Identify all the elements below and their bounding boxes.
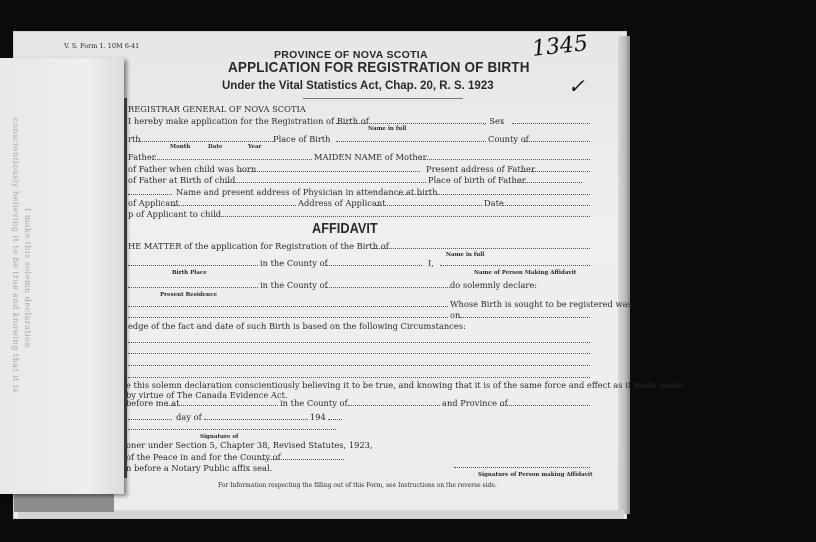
physician-field[interactable] bbox=[398, 193, 590, 195]
physician-field-lead[interactable] bbox=[128, 193, 172, 195]
father-field[interactable] bbox=[152, 158, 312, 160]
year-prefix-label: 194 bbox=[310, 412, 326, 422]
applicant-name-label: of Applicant bbox=[128, 198, 179, 208]
commissioner-signature-field[interactable] bbox=[128, 428, 336, 430]
circumstances-line-3[interactable] bbox=[128, 364, 590, 366]
circumstances-line-2[interactable] bbox=[128, 352, 590, 354]
sex-field[interactable] bbox=[512, 122, 590, 124]
applicant-address-label: Address of Applicant bbox=[298, 198, 386, 208]
declaration-text: e this solemn declaration conscientiousl… bbox=[126, 380, 684, 390]
child-name-field[interactable] bbox=[336, 122, 484, 124]
applicant-name-field[interactable] bbox=[172, 204, 296, 206]
mother-maiden-name-label: MAIDEN NAME of Mother bbox=[314, 152, 427, 162]
circumstances-line-1[interactable] bbox=[128, 341, 590, 343]
affiant-signature-label: Signature of Person making Affidavit bbox=[478, 470, 592, 480]
justice-text: of the Peace in and for the County of bbox=[126, 452, 281, 462]
affiant-i-label: I, bbox=[428, 258, 434, 268]
sex-label: , Sex bbox=[484, 116, 505, 126]
mother-maiden-name-field[interactable] bbox=[420, 158, 590, 160]
month-field[interactable] bbox=[204, 418, 308, 420]
relationship-field[interactable] bbox=[214, 215, 590, 217]
county-field[interactable] bbox=[524, 140, 590, 142]
application-date-label: Date bbox=[484, 198, 504, 208]
father-age-field[interactable] bbox=[240, 170, 420, 172]
declared-county-label: in the County of bbox=[280, 398, 348, 408]
affidavit-heading: AFFIDAVIT bbox=[312, 224, 378, 234]
year-label: Year bbox=[248, 142, 261, 152]
present-residence-label: Present Residence bbox=[160, 290, 217, 300]
father-birthplace-label: Place of birth of Father bbox=[428, 175, 526, 185]
folded-flap: I make this solemn declaration conscient… bbox=[0, 58, 124, 494]
flap-fold-edge bbox=[124, 98, 127, 478]
affidavit-child-name-field[interactable] bbox=[372, 247, 590, 249]
day-of-label: day of bbox=[176, 412, 202, 422]
place-of-birth-field[interactable] bbox=[336, 140, 486, 142]
footer-instructions: For Information respecting the filling o… bbox=[218, 481, 497, 491]
residence-county-label: in the County of bbox=[260, 280, 328, 290]
county-label: County of bbox=[488, 134, 529, 144]
addressee: REGISTRAR GENERAL OF NOVA SCOTIA bbox=[128, 104, 306, 114]
whose-birth-label: Whose Birth is sought to be registered w… bbox=[450, 299, 632, 309]
province-field[interactable] bbox=[500, 404, 590, 406]
affiant-signature-field[interactable] bbox=[454, 466, 590, 468]
flap-bleed-text-2: conscientiously believing it to be true … bbox=[11, 118, 20, 393]
relationship-statement-field[interactable] bbox=[128, 305, 448, 307]
birth-date-statement-field[interactable] bbox=[460, 316, 590, 318]
name-in-full-label: Name in full bbox=[368, 124, 406, 134]
title-rule bbox=[303, 98, 463, 99]
apply-label: I hereby make application for the Regist… bbox=[128, 116, 369, 126]
affiant-name-label: Name of Person Making Affidavit bbox=[474, 268, 576, 278]
day-field[interactable] bbox=[128, 418, 172, 420]
relationship-label: p of Applicant to child bbox=[128, 209, 221, 219]
father-label: Father bbox=[128, 152, 156, 162]
before-me-label: before me at bbox=[126, 398, 180, 408]
declared-at-field[interactable] bbox=[166, 404, 278, 406]
solemnly-declare-label: do solemnly declare: bbox=[450, 280, 537, 290]
form-number: V. S. Form 1. 10M 6-41 bbox=[64, 41, 139, 51]
birth-place-label: Birth Place bbox=[172, 268, 207, 278]
affidavit-name-in-full-label: Name in full bbox=[446, 250, 484, 260]
circumstances-line-4[interactable] bbox=[128, 376, 590, 378]
commissioner-text: oner under Section 5, Chapter 38, Revise… bbox=[126, 440, 373, 450]
birth-place-field[interactable] bbox=[128, 264, 258, 266]
birth-place-county-field[interactable] bbox=[326, 264, 422, 266]
father-address-label: Present address of Father bbox=[426, 164, 535, 174]
birth-place-county-label: in the County of bbox=[260, 258, 328, 268]
on-label: on bbox=[450, 310, 460, 320]
declared-county-field[interactable] bbox=[348, 404, 440, 406]
page-subtitle: Under the Vital Statistics Act, Chap. 20… bbox=[222, 81, 494, 91]
father-occupation-label: of Father at Birth of child bbox=[128, 175, 235, 185]
applicant-address-field[interactable] bbox=[376, 204, 482, 206]
physician-label: Name and present address of Physician in… bbox=[176, 187, 437, 197]
residence-field[interactable] bbox=[128, 286, 258, 288]
check-mark: ✓ bbox=[568, 74, 585, 98]
residence-county-field[interactable] bbox=[326, 286, 450, 288]
father-address-field[interactable] bbox=[520, 170, 590, 172]
birth-statement-field[interactable] bbox=[128, 316, 448, 318]
affiant-name-field[interactable] bbox=[440, 264, 590, 266]
place-of-birth-label: Place of Birth bbox=[273, 134, 330, 144]
father-occupation-field[interactable] bbox=[226, 181, 426, 183]
page-title: APPLICATION FOR REGISTRATION OF BIRTH bbox=[228, 63, 530, 73]
birth-date-label: rth bbox=[128, 134, 141, 144]
notary-text: n before a Notary Public affix seal. bbox=[126, 463, 272, 473]
page-stack-edge bbox=[618, 36, 630, 514]
flap-bleed-text-1: I make this solemn declaration bbox=[23, 208, 32, 348]
circumstances-label: edge of the fact and date of such Birth … bbox=[128, 321, 466, 331]
application-date-field[interactable] bbox=[502, 204, 590, 206]
father-birthplace-field[interactable] bbox=[512, 181, 582, 183]
month-label: Month bbox=[170, 142, 190, 152]
affidavit-matter-label: HE MATTER of the application for Registr… bbox=[128, 241, 389, 251]
province-of-label: and Province of bbox=[442, 398, 508, 408]
justice-county-field[interactable] bbox=[262, 458, 344, 460]
date-label: Date bbox=[208, 142, 222, 152]
year-field[interactable] bbox=[328, 418, 342, 420]
father-age-label: of Father when child was born bbox=[128, 164, 256, 174]
